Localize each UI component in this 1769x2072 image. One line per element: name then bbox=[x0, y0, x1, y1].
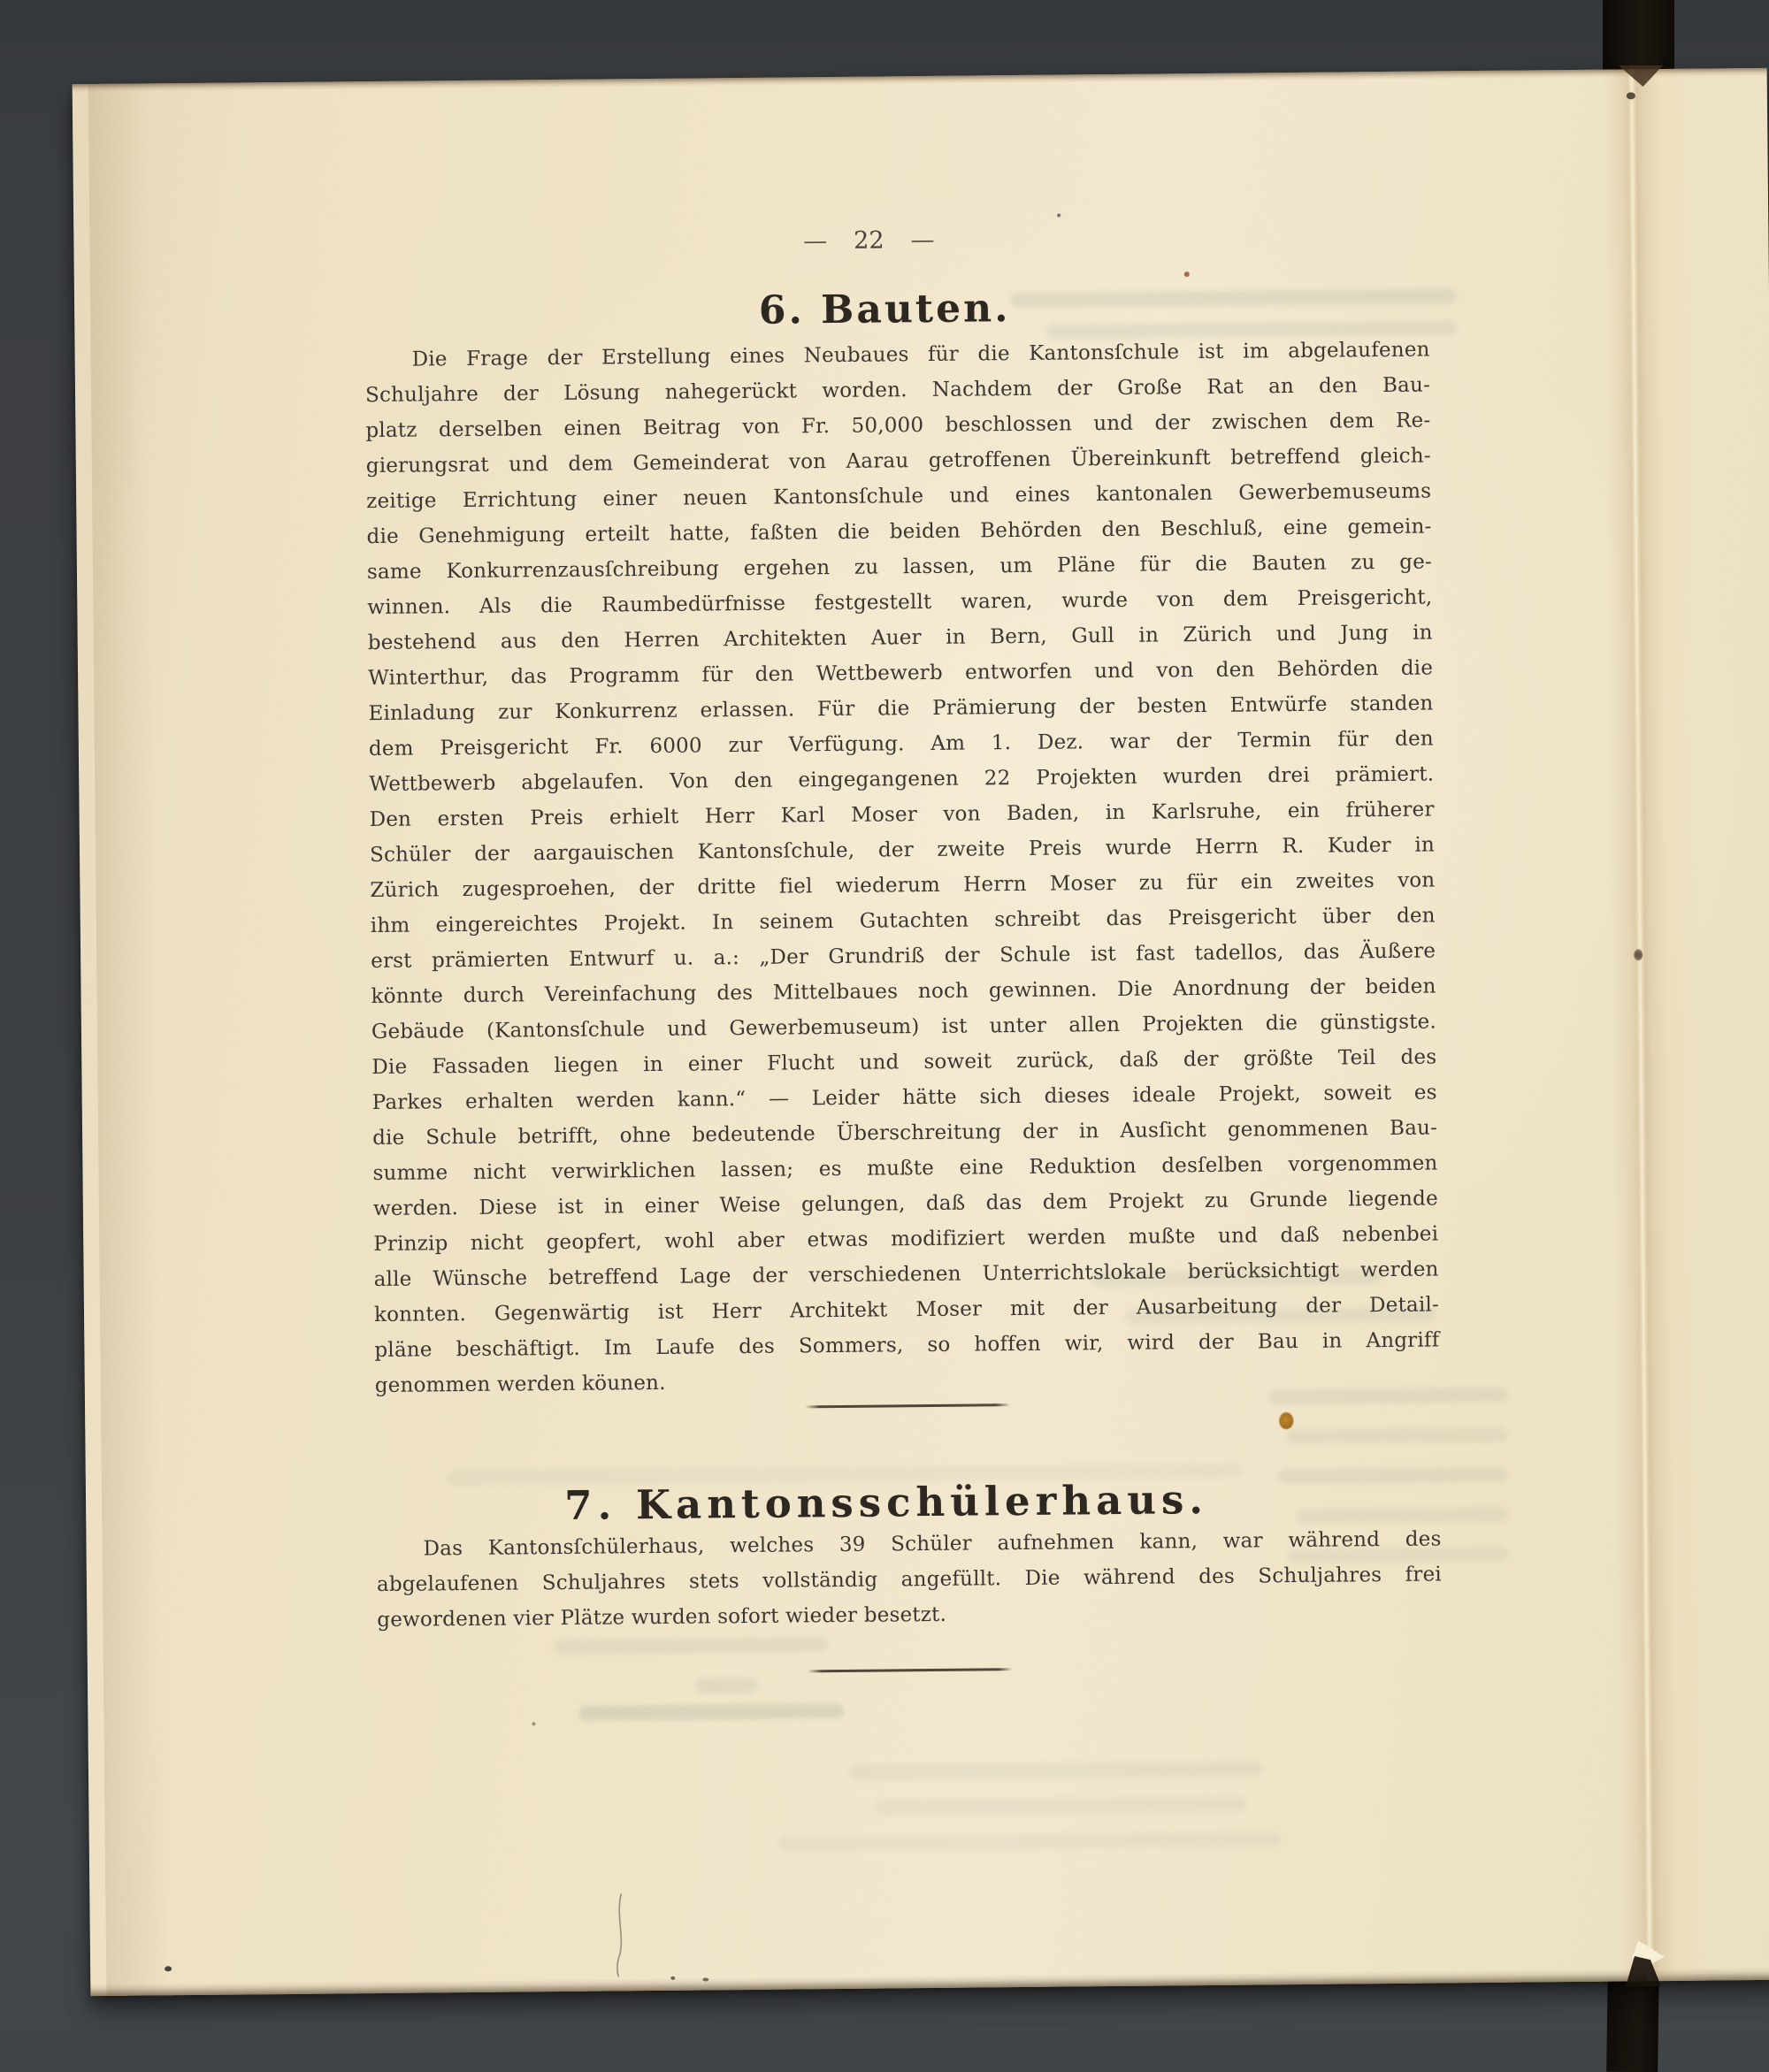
red-ink-speck bbox=[1184, 271, 1190, 277]
page-number-value: 22 bbox=[854, 226, 884, 254]
page-number: — 22 — bbox=[336, 222, 1401, 260]
section-bauten-paragraph: Die Frage der Erstellung eines Neubaues … bbox=[364, 333, 1439, 1404]
page-number-dash-left: — bbox=[803, 227, 827, 255]
section-kantonsschuelerhaus-paragraph: Das Kantonsſchülerhaus, welches 39 Schül… bbox=[376, 1521, 1442, 1638]
bottom-left-speck bbox=[165, 1966, 172, 1971]
paper-speck bbox=[1057, 214, 1061, 218]
gutter-blemish-top bbox=[1627, 92, 1635, 99]
printed-text-block: — 22 — 6. Bauten. Die Frage der Erstellu… bbox=[363, 72, 1446, 1993]
brown-stain bbox=[1279, 1412, 1293, 1429]
bookmark-ribbon-top bbox=[1603, 0, 1674, 76]
gutter-blemish bbox=[1634, 949, 1643, 960]
section-divider-rule-1 bbox=[805, 1403, 1010, 1408]
edge-speck bbox=[670, 1976, 675, 1980]
facing-page-edge bbox=[1633, 68, 1769, 1981]
section-divider-rule-2 bbox=[808, 1668, 1013, 1672]
paper-dot bbox=[532, 1722, 535, 1725]
hair-fiber-mark bbox=[611, 1893, 630, 1977]
edge-speck bbox=[702, 1977, 708, 1981]
section-heading-bauten: 6. Bauten. bbox=[352, 282, 1417, 338]
page-number-dash-right: — bbox=[910, 226, 934, 254]
book-page: — 22 — 6. Bauten. Die Frage der Erstellu… bbox=[73, 68, 1769, 1996]
